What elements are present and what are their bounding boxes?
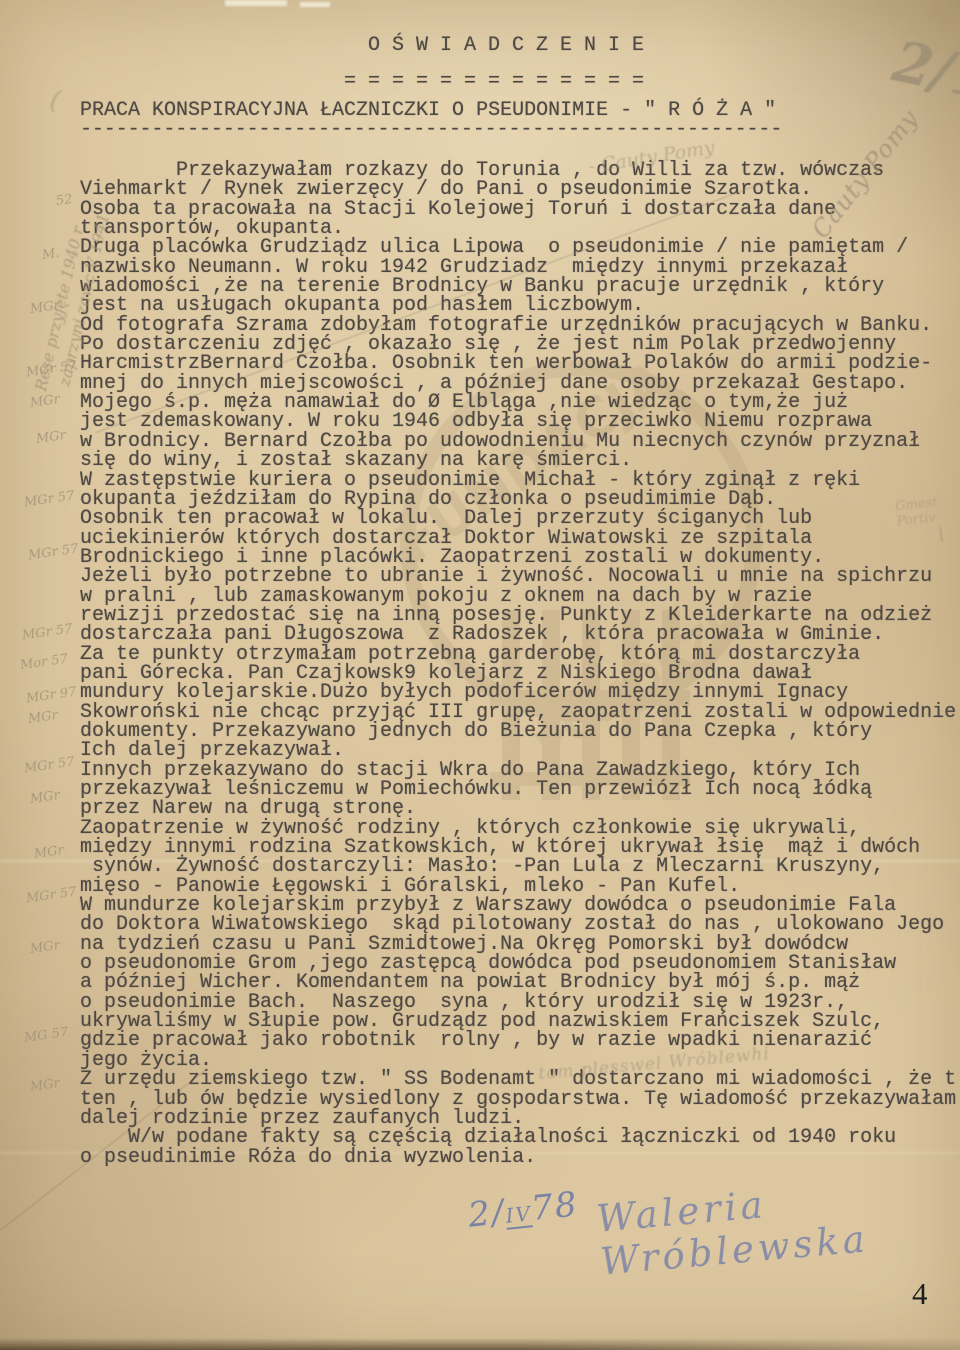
pencil-margin-mark: MGr 57 [25,359,77,381]
pencil-margin-mark: MGr [29,788,61,807]
pencil-margin-mark: MGr 57 [23,489,75,511]
pencil-margin-mark: MGr [35,428,67,447]
pencil-page-mark: 2/1 [887,28,960,113]
pencil-margin-mark: MGr 57 [23,755,75,777]
pencil-margin-mark: Mor 57 [19,652,69,674]
pencil-margin-mark: M. [41,246,60,263]
page-number: 4 [912,1276,928,1312]
pencil-margin-mark: MGr [29,938,61,957]
signature-date-day: 2/ [466,1192,507,1236]
title-underline: = = = = = = = = = = = = = [344,70,644,93]
pencil-corner-mark: ( [47,85,62,116]
signature-date-year: 78 [529,1184,580,1229]
signature-date-month: IV [504,1201,533,1230]
pencil-margin-mark: MGr [27,708,59,727]
pencil-margin-mark: MG 57 [23,1025,69,1046]
pencil-margin-mark: MGr [29,298,61,317]
scanned-document-page: FUNDACJA POMORZE O Ś W I A D C Z E N I E… [0,0,960,1350]
document-body-text: Przekazywałam rozkazy do Torunia , do Wi… [80,161,956,1167]
scan-edge-shadow [0,1338,960,1350]
pencil-margin-mark: MGr [33,843,65,862]
scan-speck [225,0,287,6]
pencil-margin-mark: MGr 57 [21,622,73,644]
heading-underline: ----------------------------------------… [80,118,782,141]
signature-date: 2/IV78 [466,1184,580,1235]
pencil-margin-mark: MGr 57 [27,542,79,564]
pencil-margin-mark: MGr 97 [25,685,77,707]
scan-speck [300,2,330,7]
pencil-margin-mark: MGr [29,392,61,411]
document-title: O Ś W I A D C Z E N I E [368,34,644,57]
pencil-margin-mark: 52 [55,192,73,209]
signature-name: Waleria Wróblewska [595,1166,960,1283]
pencil-margin-mark: MGr 57 [25,885,77,907]
pencil-margin-mark: MGr [29,1076,61,1095]
